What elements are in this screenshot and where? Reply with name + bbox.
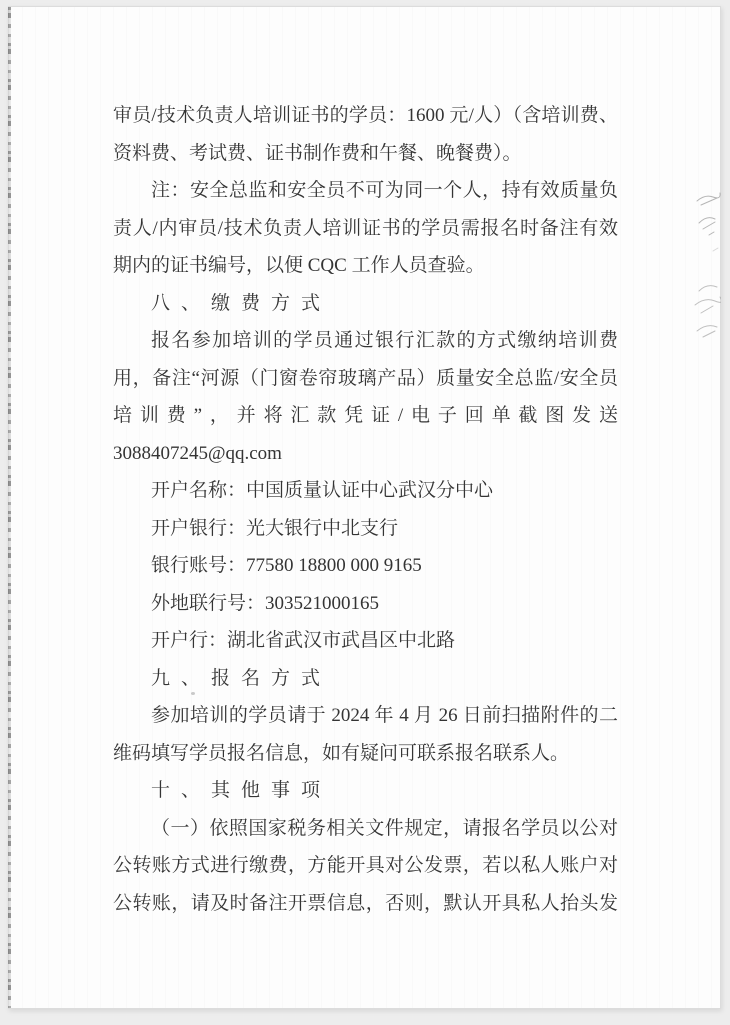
- scanned-page: 审员/技术负责人培训证书的学员：1600 元/人）（含培训费、 资料费、考试费、…: [0, 0, 730, 1025]
- email-address: 3088407245@qq.com: [113, 435, 618, 473]
- section-heading-registration: 九、报名方式: [113, 660, 618, 698]
- bank-name: 开户银行：光大银行中北支行: [113, 510, 618, 548]
- text-line-note: 注：安全总监和安全员不可为同一个人，持有效质量负: [113, 172, 618, 210]
- bank-branch-code: 外地联行号：303521000165: [113, 585, 618, 623]
- pencil-scribble-lower: [689, 279, 721, 345]
- bank-account-number: 银行账号：77580 18800 000 9165: [113, 547, 618, 585]
- scan-speck: [605, 906, 608, 909]
- document-paper: 审员/技术负责人培训证书的学员：1600 元/人）（含培训费、 资料费、考试费、…: [8, 6, 721, 1009]
- text-line: 维码填写学员报名信息，如有疑问可联系报名联系人。: [113, 735, 618, 773]
- text-line: 期内的证书编号，以便 CQC 工作人员查验。: [113, 247, 618, 285]
- text-line: （一）依照国家税务相关文件规定，请报名学员以公对: [113, 810, 618, 848]
- text-line: 资料费、考试费、证书制作费和午餐、晚餐费）。: [113, 135, 618, 173]
- section-heading-payment: 八、缴费方式: [113, 285, 618, 323]
- text-line: 公转账，请及时备注开票信息，否则，默认开具私人抬头发: [113, 885, 618, 923]
- text-line: 公转账方式进行缴费，方能开具对公发票，若以私人账户对: [113, 847, 618, 885]
- section-heading-other: 十、其他事项: [113, 772, 618, 810]
- pencil-scribble-upper: [691, 189, 721, 267]
- bank-address: 开户行：湖北省武汉市武昌区中北路: [113, 622, 618, 660]
- text-line: 用，备注“河源（门窗卷帘玻璃产品）质量安全总监/安全员: [113, 360, 618, 398]
- scan-edge-artifact: [8, 7, 11, 1008]
- text-line: 培训费”，并将汇款凭证/电子回单截图发送: [113, 397, 618, 435]
- bank-account-name: 开户名称：中国质量认证中心武汉分中心: [113, 472, 618, 510]
- scan-speck: [191, 692, 195, 695]
- text-line: 审员/技术负责人培训证书的学员：1600 元/人）（含培训费、: [113, 97, 618, 135]
- text-line: 报名参加培训的学员通过银行汇款的方式缴纳培训费: [113, 322, 618, 360]
- text-line: 参加培训的学员请于 2024 年 4 月 26 日前扫描附件的二: [113, 697, 618, 735]
- text-line: 责人/内审员/技术负责人培训证书的学员需报名时备注有效: [113, 210, 618, 248]
- document-body: 审员/技术负责人培训证书的学员：1600 元/人）（含培训费、 资料费、考试费、…: [113, 97, 618, 922]
